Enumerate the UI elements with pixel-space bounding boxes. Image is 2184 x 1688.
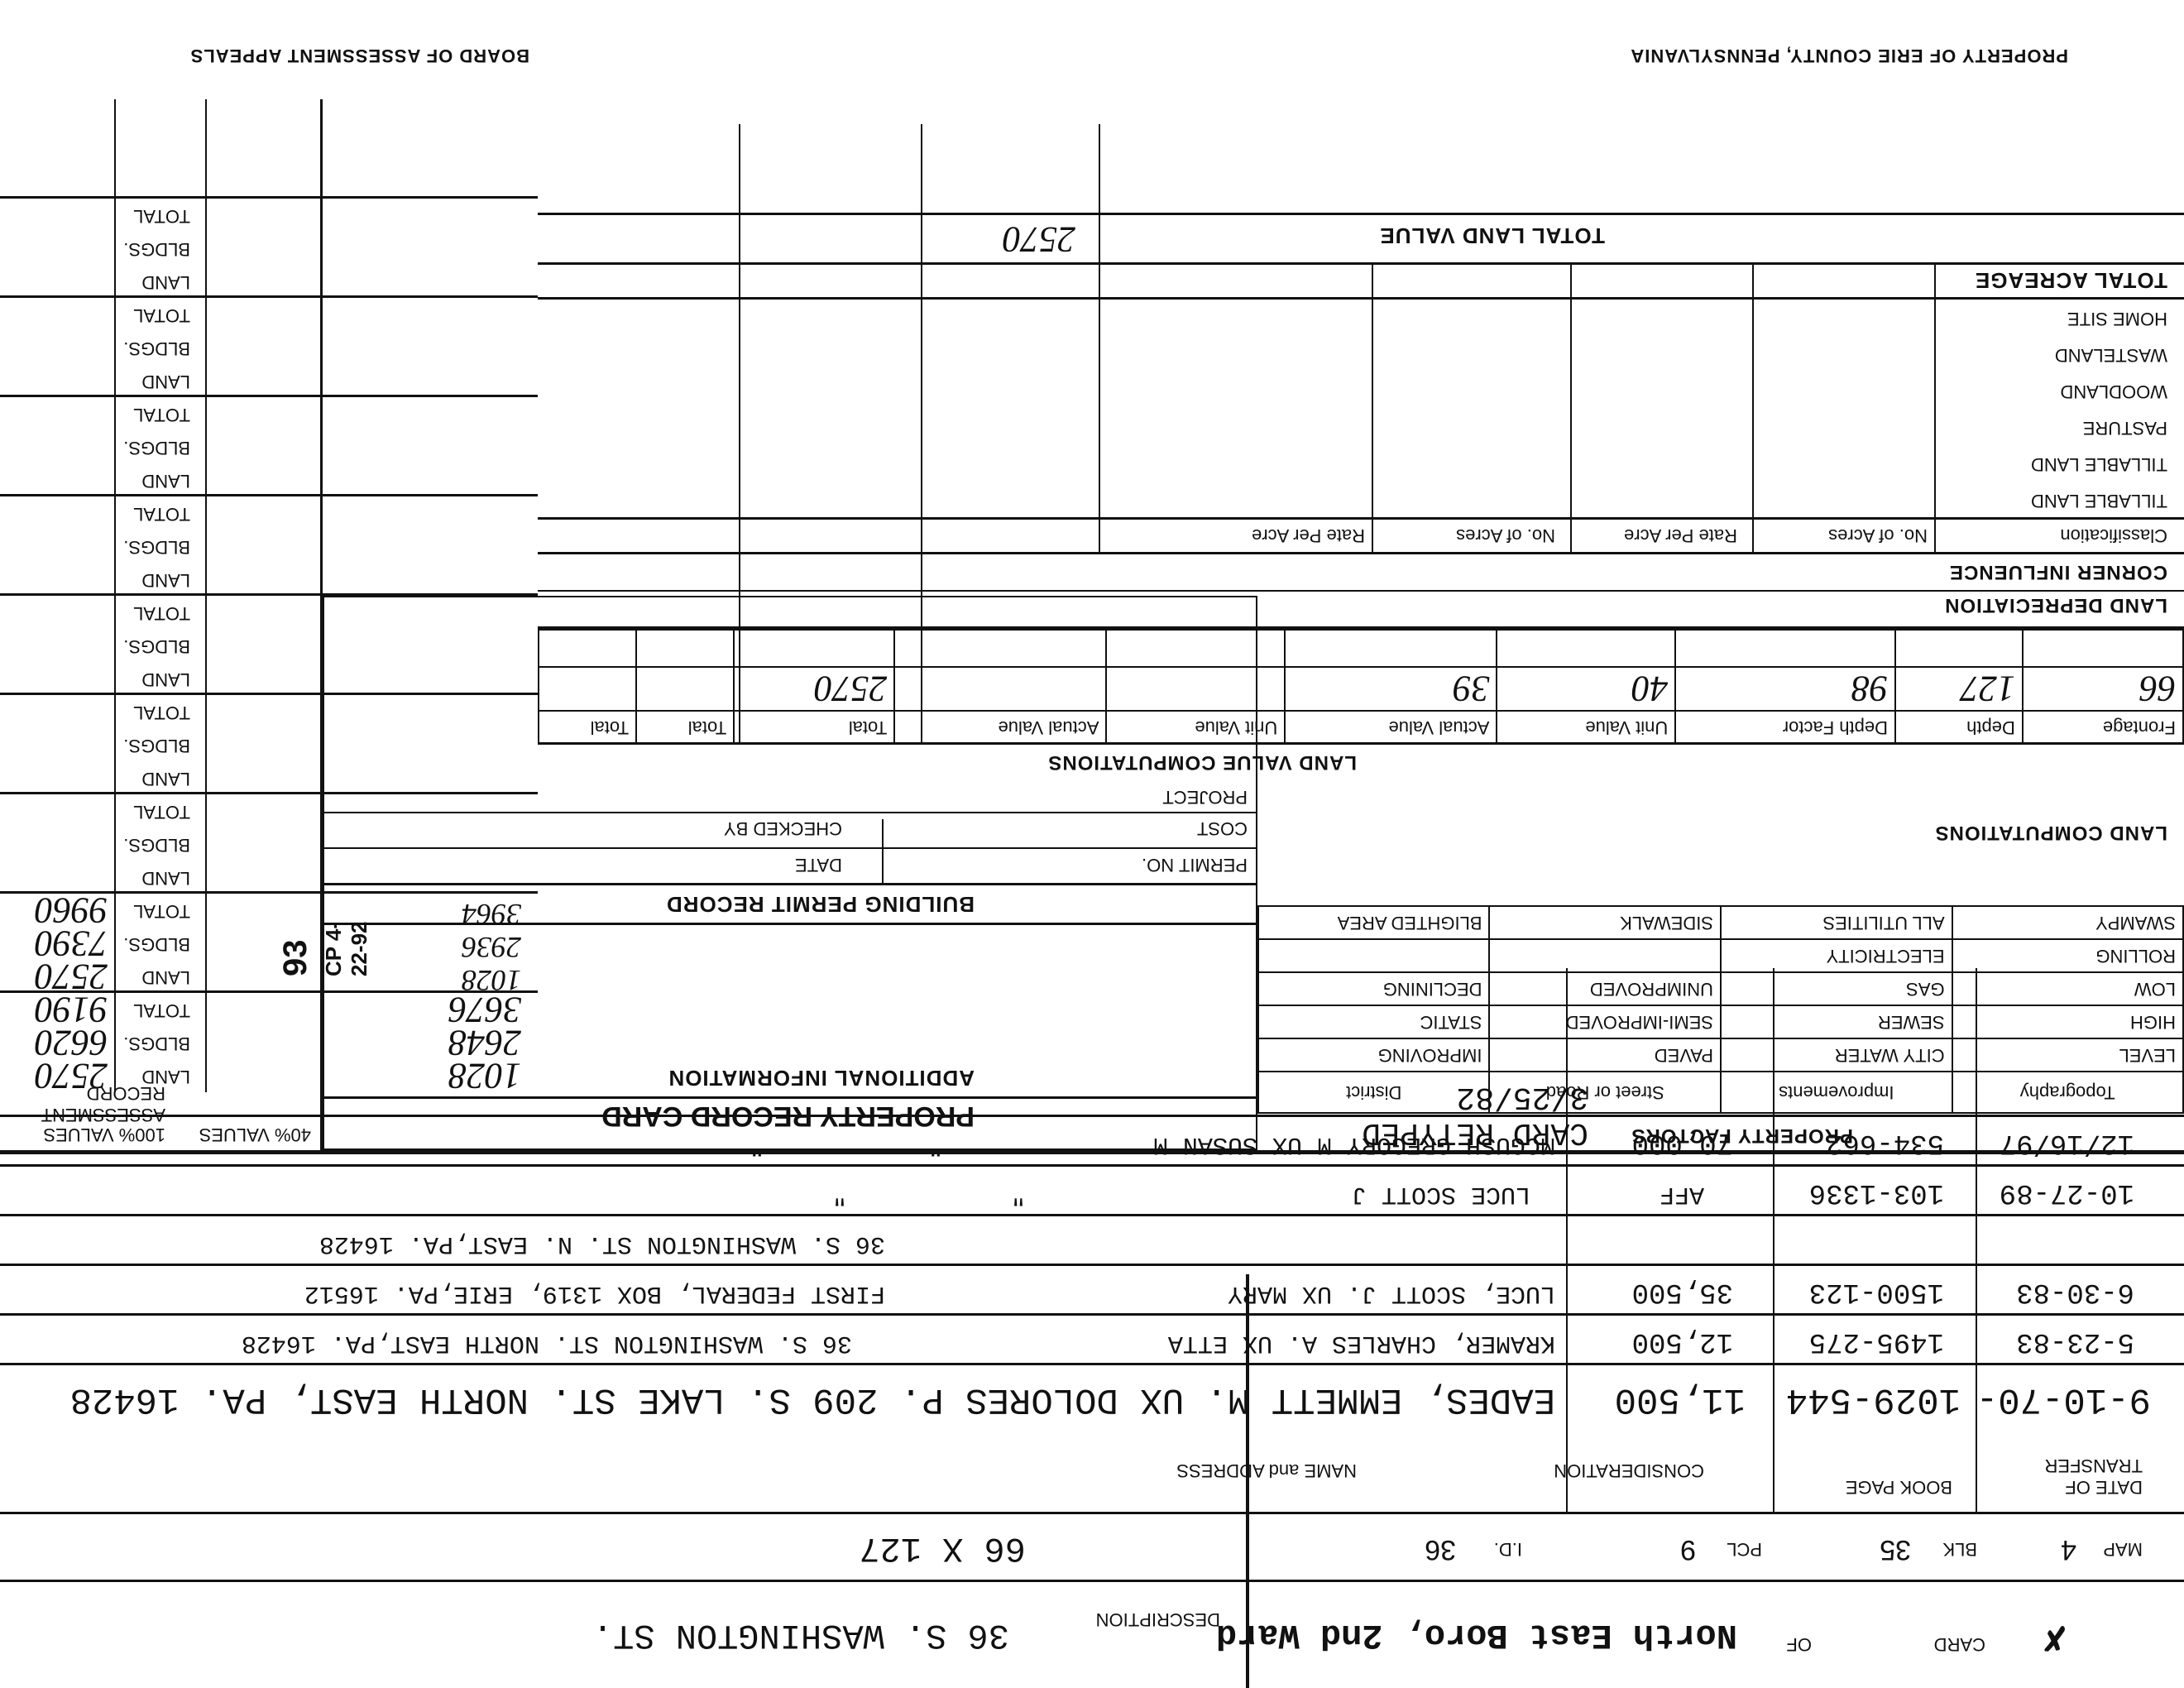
factor: LEVEL — [1952, 1038, 2183, 1072]
header-total-2: Total — [636, 711, 734, 744]
pcl-value: 9 — [1680, 1533, 1696, 1566]
factor — [1490, 939, 1722, 972]
row-label-bldgs: BLDGS. — [123, 834, 190, 856]
board-header: BOARD OF ASSESSMENT APPEALS — [190, 45, 529, 66]
value-actual-value: 39 — [1285, 667, 1497, 711]
row-label-bldgs: BLDGS. — [123, 635, 190, 657]
factor: HIGH — [1952, 1005, 2183, 1038]
total-land-value-label: TOTAL LAND VALUE — [1379, 223, 1605, 248]
cell-name: LUCE, SCOTT J. UX MARY — [1228, 1279, 1555, 1307]
row-label-bldgs: BLDGS. — [123, 1033, 190, 1054]
row-label-land: LAND — [141, 669, 190, 690]
factor: GAS — [1721, 972, 1952, 1005]
additional-info-title: ADDITIONAL INFORMATION — [668, 1065, 975, 1091]
land-value-computations: LAND VALUE COMPUTATIONS Frontage Depth D… — [538, 99, 2184, 819]
cell-consideration: AFF — [1660, 1180, 1704, 1208]
col-street-road: Street or Road — [1490, 1072, 1722, 1113]
district-name: North East Boro, 2nd Ward — [1216, 1615, 1737, 1655]
value-unit-value: 40 — [1497, 667, 1675, 711]
cell-name: KRAMER, CHARLES A. UX ETTA — [1168, 1329, 1555, 1357]
factor: PAVED — [1490, 1038, 1722, 1072]
row-label-total: TOTAL — [133, 602, 190, 624]
row-label-bldgs: BLDGS. — [123, 735, 190, 756]
header-acres-1: No. of Acres — [1828, 525, 1928, 546]
total-acreage-label: TOTAL ACREAGE — [1975, 267, 2167, 293]
factor: SIDEWALK — [1490, 906, 1722, 939]
factor: DECLINING — [1258, 972, 1490, 1005]
factor: CITY WATER — [1721, 1038, 1952, 1072]
row-label-total: TOTAL — [133, 702, 190, 723]
values-100-label: 100% VALUES — [43, 1124, 165, 1145]
assessment-group: LAND BLDGS. TOTAL — [0, 295, 538, 397]
factor: ROLLING — [1952, 939, 2183, 972]
assessment-group: LAND BLDGS. TOTAL — [0, 792, 538, 894]
row-label-bldgs: BLDGS. — [123, 437, 190, 458]
row-label-bldgs: BLDGS. — [123, 536, 190, 558]
blk-value: 35 — [1880, 1533, 1911, 1566]
header-rate-2: Rate Per Acre — [1252, 525, 1365, 546]
header-total-3: Total — [539, 711, 636, 744]
assessment-year: 93 — [277, 940, 314, 977]
cell-book-page: 103-1336 — [1809, 1177, 1944, 1208]
corner-influence-label: CORNER INFLUENCE — [1949, 560, 2167, 583]
row-label-bldgs: BLDGS. — [123, 238, 190, 260]
card-mark: ✗ — [2040, 1618, 2068, 1657]
land-depreciation-label: LAND DEPRECIATION — [1944, 593, 2167, 616]
cell-book-page: 1500-123 — [1809, 1276, 1944, 1307]
row-label-land: LAND — [141, 569, 190, 591]
transfer-row: 10-27-89 103-1336 AFF LUCE SCOTT J " " — [0, 1164, 2184, 1216]
header-unit-value: Unit Value — [1497, 711, 1675, 744]
property-record-card-page: PROPERTY OF ERIE COUNTY, PENNSYLVANIA BO… — [0, 0, 2184, 1688]
header-depth-factor: Depth Factor — [1675, 711, 1895, 744]
cell-address: 36 S. WASHINGTON ST. NORTH EAST,PA. 1642… — [242, 1329, 852, 1357]
acreage-row: WOODLAND — [2060, 381, 2167, 402]
cell-name: EADES, EMMETT M. UX DOLORES P. 209 S. LA… — [69, 1379, 1555, 1420]
header-frontage: Frontage — [2023, 711, 2183, 744]
land-computations-title: LAND COMPUTATIONS — [1935, 821, 2167, 844]
row-label-land: LAND — [141, 371, 190, 392]
description-label: DESCRIPTION — [1096, 1609, 1220, 1630]
permit-cost-label: COST — [1197, 818, 1248, 839]
cell-name: LUCE SCOTT J — [1352, 1180, 1530, 1208]
header-name-address: NAME and ADDRESS — [1176, 1460, 1357, 1481]
land-value-title: LAND VALUE COMPUTATIONS — [1047, 750, 1357, 774]
row-label-land: LAND — [141, 470, 190, 492]
checked-by-label: CHECKED BY — [724, 818, 842, 839]
value-depth-factor: 98 — [1675, 667, 1895, 711]
assessment-group: LAND BLDGS. TOTAL — [0, 196, 538, 298]
assessment-group: 1028 2648 3676 LAND BLDGS. TOTAL 2570 66… — [0, 990, 538, 1092]
transfer-header: DATE OF TRANSFER BOOK PAGE CONSIDERATION… — [0, 1431, 2184, 1514]
header-classification: Classification — [2060, 525, 2167, 546]
transfer-row: 36 S. WASHINGTON ST. N. EAST,PA. 16428 — [0, 1214, 2184, 1266]
v100-total: 9960 — [35, 890, 108, 932]
assessment-group: LAND BLDGS. TOTAL — [0, 395, 538, 496]
row-label-land: LAND — [141, 271, 190, 293]
row-label-bldgs: BLDGS. — [123, 933, 190, 955]
total-land-value: 2570 — [1003, 218, 1075, 261]
card-title: PROPERTY RECORD CARD — [601, 1100, 975, 1132]
row-label-land: LAND — [141, 1066, 190, 1087]
col-topography: Topography — [1952, 1072, 2183, 1113]
header-consideration: CONSIDERATION — [1554, 1460, 1704, 1481]
row-label-total: TOTAL — [133, 900, 190, 922]
factor: SWAMPY — [1952, 906, 2183, 939]
value-depth: 127 — [1895, 667, 2023, 711]
header-actual-value-2: Actual Value — [894, 711, 1106, 744]
row-label-land: LAND — [141, 867, 190, 889]
land-value-table: Frontage Depth Depth Factor Unit Value A… — [538, 629, 2184, 745]
header-rate-1: Rate Per Acre — [1624, 525, 1737, 546]
cell-date: 9-10-70- — [1976, 1379, 2151, 1420]
row-label-total: TOTAL — [133, 305, 190, 326]
cell-address: FIRST FEDERAL, BOX 1319, ERIE,PA. 16512 — [304, 1279, 885, 1307]
factor: SEWER — [1721, 1005, 1952, 1038]
card-label: CARD — [1934, 1633, 1985, 1655]
map-value: 4 — [2061, 1533, 2076, 1566]
row-label-land: LAND — [141, 768, 190, 789]
cell-date: 6-30-83 — [2016, 1276, 2134, 1307]
factor — [1258, 939, 1490, 972]
permit-no-label: PERMIT NO. — [1142, 854, 1248, 875]
factor: ALL UTILITIES — [1721, 906, 1952, 939]
property-factors-title: PROPERTY FACTORS — [1631, 1124, 1854, 1147]
id-label: I.D. — [1494, 1538, 1522, 1560]
row-label-land: LAND — [141, 966, 190, 988]
cell-address: " " — [832, 1180, 1026, 1208]
header-date: DATE OF TRANSFER — [1994, 1455, 2143, 1498]
row-label-total: TOTAL — [133, 801, 190, 822]
v40-total: 3964 — [462, 897, 521, 932]
acreage-row: TILLABLE LAND — [2031, 490, 2167, 511]
cell-consideration: 35,500 — [1632, 1276, 1733, 1307]
factor: STATIC — [1258, 1005, 1490, 1038]
building-permit-title: BUILDING PERMIT RECORD — [666, 891, 975, 917]
row-label-total: TOTAL — [133, 404, 190, 425]
cell-consideration: 12,500 — [1632, 1326, 1733, 1357]
cell-date: 5-23-83 — [2016, 1326, 2134, 1357]
of-label: OF — [1786, 1633, 1812, 1655]
header-total-1: Total — [734, 711, 894, 744]
description-dims: 66 X 127 — [859, 1528, 1026, 1568]
col-improvements: Improvements — [1721, 1072, 1952, 1113]
v40-bldgs: 2936 — [462, 930, 521, 965]
factor: BLIGHTED AREA — [1258, 906, 1490, 939]
value-actual-value-2 — [894, 667, 1106, 711]
assessment-note: CP 4-22-92 — [321, 894, 372, 976]
row-label-total: TOTAL — [133, 1000, 190, 1021]
header-depth: Depth — [1895, 711, 2023, 744]
assessment-group: LAND BLDGS. TOTAL — [0, 693, 538, 794]
cell-book-page: 1029-544 — [1786, 1379, 1961, 1420]
assessment-group: LAND BLDGS. TOTAL — [0, 593, 538, 695]
header-actual-value: Actual Value — [1285, 711, 1497, 744]
header-unit-value-2: Unit Value — [1106, 711, 1285, 744]
transfer-row: 5-23-83 1495-275 12,500 KRAMER, CHARLES … — [0, 1313, 2184, 1365]
acreage-row: HOME SITE — [2067, 308, 2167, 329]
description-address: 36 S. WASHINGTON ST. — [592, 1615, 1009, 1655]
card-line: ✗ CARD OF North East Boro, 2nd Ward DESC… — [0, 1580, 2184, 1688]
values-40-label: 40% VALUES — [199, 1124, 311, 1145]
cell-consideration: 11,500 — [1615, 1379, 1746, 1420]
id-value: 36 — [1425, 1533, 1456, 1566]
assessment-group: 1028 2936 3964 CP 4-22-92 93 LAND BLDGS.… — [0, 891, 538, 993]
permit-date-label: DATE — [795, 854, 842, 875]
row-label-total: TOTAL — [133, 205, 190, 227]
value-unit-value-2 — [1106, 667, 1285, 711]
acreage-row: TILLABLE LAND — [2031, 453, 2167, 475]
transfer-row: 9-10-70- 1029-544 11,500 EADES, EMMETT M… — [0, 1363, 2184, 1431]
value-total-1: 2570 — [734, 667, 894, 711]
map-row: MAP 4 BLK 35 PCL 9 I.D. 36 — [1249, 1514, 2184, 1580]
factor: LOW — [1952, 972, 2183, 1005]
transfer-row: 6-30-83 1500-123 35,500 LUCE, SCOTT J. U… — [0, 1264, 2184, 1316]
value-total-2 — [636, 667, 734, 711]
header-acres-2: No. of Acres — [1456, 525, 1555, 546]
factor: SEMI-IMPROVED — [1490, 1005, 1722, 1038]
header-book-page: BOOK PAGE — [1820, 1476, 1952, 1498]
col-district: District — [1258, 1072, 1490, 1113]
row-label-total: TOTAL — [133, 503, 190, 525]
value-frontage: 66 — [2023, 667, 2183, 711]
county-header: PROPERTY OF ERIE COUNTY, PENNSYLVANIA — [1630, 45, 2068, 66]
cell-book-page: 1495-275 — [1809, 1326, 1944, 1357]
cell-address: 36 S. WASHINGTON ST. N. EAST,PA. 16428 — [319, 1230, 885, 1258]
pcl-label: PCL — [1727, 1538, 1762, 1560]
assessment-group: LAND BLDGS. TOTAL — [0, 494, 538, 596]
property-factors-table: Topography Improvements Street or Road D… — [1257, 905, 2184, 1114]
blk-label: BLK — [1942, 1538, 1977, 1560]
v40-land: 1028 — [462, 963, 521, 998]
value-total-3 — [539, 667, 636, 711]
property-factors: PROPERTY FACTORS CARD RETYPED 3/25/82 To… — [1257, 819, 2184, 1150]
row-label-bldgs: BLDGS. — [123, 338, 190, 359]
factor: IMPROVING — [1258, 1038, 1490, 1072]
factor: UNIMPROVED — [1490, 972, 1722, 1005]
acreage-row: PASTURE — [2083, 417, 2167, 439]
factor: ELECTRICITY — [1721, 939, 1952, 972]
acreage-row: WASTELAND — [2055, 344, 2167, 366]
map-label: MAP — [2103, 1538, 2143, 1560]
cell-date: 10-27-89 — [2000, 1177, 2134, 1208]
